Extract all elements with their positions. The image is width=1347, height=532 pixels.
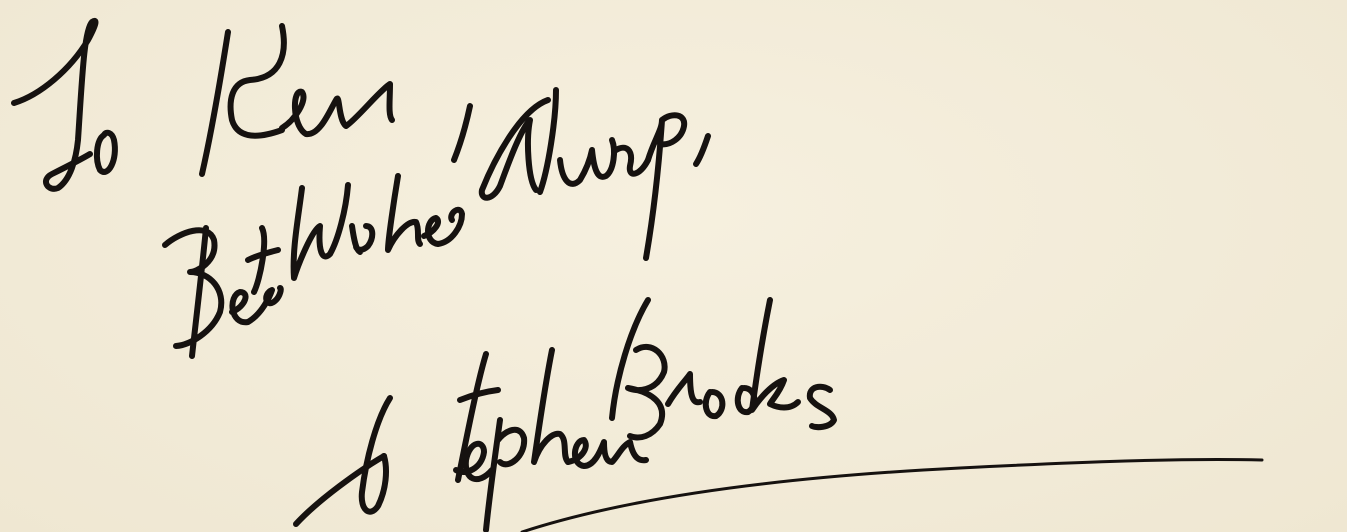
message-best-wishes-always <box>165 90 708 356</box>
salutation-ken <box>202 26 470 174</box>
signature-stephen-brooks <box>296 300 1262 532</box>
salutation-to <box>14 21 115 189</box>
handwriting-ink <box>0 0 1347 532</box>
autograph-card: To Ken, Best Wishes Always, Stephen Broo… <box>0 0 1347 532</box>
